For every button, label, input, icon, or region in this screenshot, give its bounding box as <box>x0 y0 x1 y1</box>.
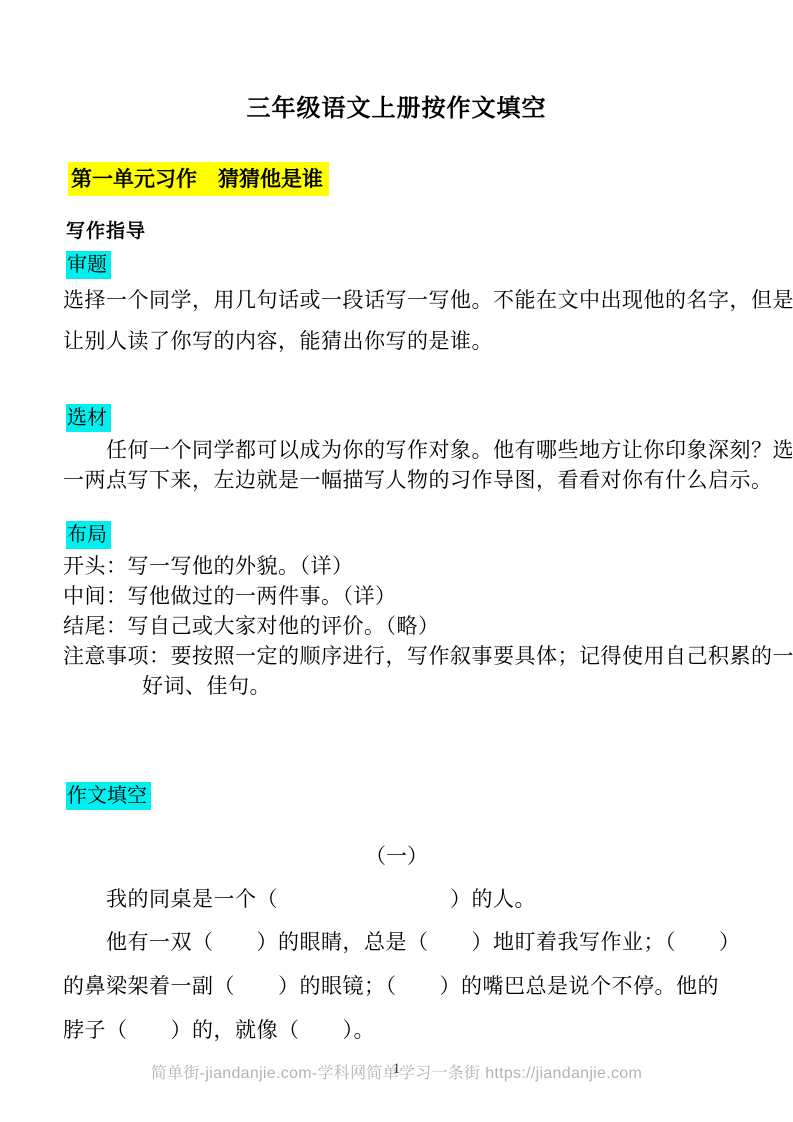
document-page: 三年级语文上册按作文填空 第一单元习作 猜猜他是谁 写作指导 审题 选择一个同学… <box>0 0 793 1122</box>
unit-heading-highlight: 第一单元习作 猜猜他是谁 <box>68 162 329 196</box>
writing-guide-heading: 写作指导 <box>66 216 146 243</box>
section-label-buju: 布局 <box>66 518 111 547</box>
fill-blank-intro-line: 我的同桌是一个（ ）的人。 <box>63 883 536 913</box>
buju-text-line: 结尾：写自己或大家对他的评价。（略） <box>63 610 440 640</box>
xuancai-text-line: 任何一个同学都可以成为你的写作对象。他有哪些地方让你印象深刻？选择 <box>63 434 793 464</box>
buju-highlight: 布局 <box>66 521 111 549</box>
fill-blank-text-line: 脖子（ ）的，就像（ ）。 <box>63 1014 375 1044</box>
fill-blank-text-line: 他有一双（ ）的眼睛，总是（ ）地盯着我写作业；（ ） <box>63 926 741 956</box>
shenti-text-line: 选择一个同学，用几句话或一段话写一写他。不能在文中出现他的名字，但是要 <box>63 284 793 314</box>
buju-text-line: 中间：写他做过的一两件事。（详） <box>63 580 397 610</box>
document-title: 三年级语文上册按作文填空 <box>0 88 793 123</box>
unit-heading: 第一单元习作 猜猜他是谁 <box>68 163 329 193</box>
tiankong-highlight: 作文填空 <box>66 782 151 810</box>
buju-text-line: 开头：写一写他的外貌。（详） <box>63 550 354 580</box>
xuancai-highlight: 选材 <box>66 404 111 432</box>
buju-text-line-continuation: 好词、佳句。 <box>142 670 271 700</box>
section-label-tiankong: 作文填空 <box>66 779 151 808</box>
page-number: 1 <box>0 1061 793 1078</box>
section-label-xuancai: 选材 <box>66 401 111 430</box>
xuancai-text-line: 一两点写下来，左边就是一幅描写人物的习作导图，看看对你有什么启示。 <box>63 464 773 494</box>
shenti-text-line: 让别人读了你写的内容，能猜出你写的是谁。 <box>63 325 493 355</box>
buju-text-line: 注意事项：要按照一定的顺序进行，写作叙事要具体；记得使用自己积累的一些 <box>63 640 793 670</box>
exercise-number: （一） <box>0 840 793 870</box>
fill-blank-text-line: 的鼻梁架着一副（ ）的眼镜；（ ）的嘴巴总是说个不停。他的 <box>63 970 719 1000</box>
shenti-highlight: 审题 <box>66 251 111 279</box>
section-label-shenti: 审题 <box>66 248 111 277</box>
